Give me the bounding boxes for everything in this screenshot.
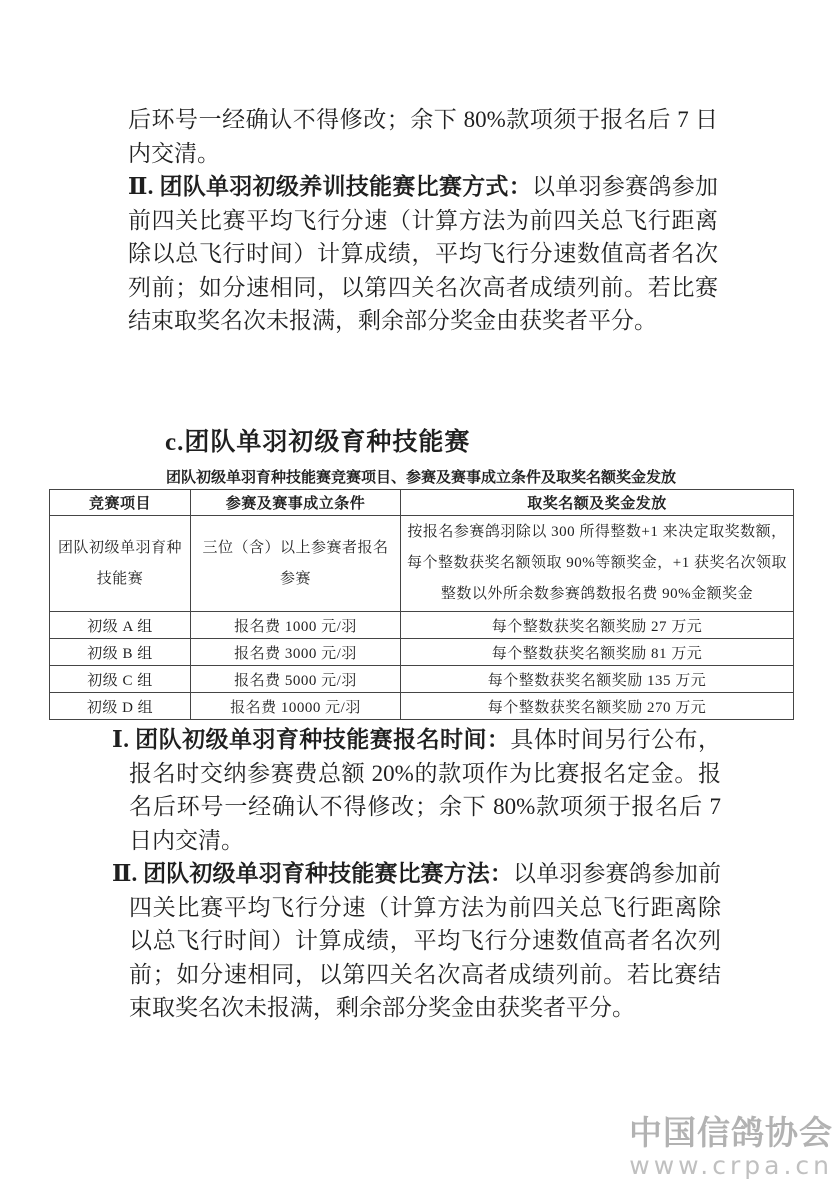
table-caption: 团队初级单羽育种技能赛竞赛项目、参赛及赛事成立条件及取奖名额奖金发放: [49, 466, 793, 487]
watermark: 中国信鸽协会 www.crpa.cn: [629, 1116, 833, 1178]
after-table-paragraphs: Ⅰ. 团队初级单羽育种技能赛报名时间：具体时间另行公布，报名时交纳参赛费总额 2…: [129, 723, 721, 1025]
table-row-group-d: 初级 D 组 报名费 10000 元/羽 每个整数获奖名额奖励 270 万元: [50, 693, 794, 720]
cell-group-fee: 报名费 10000 元/羽: [191, 693, 401, 720]
table-header-row: 竞赛项目 参赛及赛事成立条件 取奖名额及奖金发放: [50, 490, 794, 516]
cell-competition-name: 团队初级单羽育种技能赛: [50, 516, 191, 612]
cell-group-prize: 每个整数获奖名额奖励 270 万元: [401, 693, 794, 720]
paragraph-breeding-race-method-lead: Ⅱ. 团队初级单羽育种技能赛比赛方法：: [112, 861, 513, 886]
rules-table: 竞赛项目 参赛及赛事成立条件 取奖名额及奖金发放 团队初级单羽育种技能赛 三位（…: [49, 489, 794, 720]
section-heading-c: c.团队单羽初级育种技能赛: [165, 422, 470, 458]
cell-group-fee: 报名费 5000 元/羽: [191, 666, 401, 693]
cell-prize-rule: 按报名参赛鸽羽除以 300 所得整数+1 来决定取奖数额，每个整数获奖名额领取 …: [401, 516, 794, 612]
header-prize-distribution: 取奖名额及奖金发放: [401, 490, 794, 516]
rules-table-container: 竞赛项目 参赛及赛事成立条件 取奖名额及奖金发放 团队初级单羽育种技能赛 三位（…: [49, 489, 794, 720]
watermark-url: www.crpa.cn: [629, 1153, 833, 1178]
table-row-group-c: 初级 C 组 报名费 5000 元/羽 每个整数获奖名额奖励 135 万元: [50, 666, 794, 693]
cell-group-name: 初级 C 组: [50, 666, 191, 693]
cell-group-name: 初级 D 组: [50, 693, 191, 720]
header-entry-conditions: 参赛及赛事成立条件: [191, 490, 401, 516]
paragraph-training-race-method: Ⅱ. 团队单羽初级养训技能赛比赛方式：以单羽参赛鸽参加前四关比赛平均飞行分速（计…: [128, 170, 718, 338]
paragraph-breeding-race-method: Ⅱ. 团队初级单羽育种技能赛比赛方法：以单羽参赛鸽参加前四关比赛平均飞行分速（计…: [129, 857, 721, 1025]
table-row-group-a: 初级 A 组 报名费 1000 元/羽 每个整数获奖名额奖励 27 万元: [50, 612, 794, 639]
cell-group-name: 初级 B 组: [50, 639, 191, 666]
paragraph-registration-time: Ⅰ. 团队初级单羽育种技能赛报名时间：具体时间另行公布，报名时交纳参赛费总额 2…: [129, 723, 721, 857]
table-row-main: 团队初级单羽育种技能赛 三位（含）以上参赛者报名参赛 按报名参赛鸽羽除以 300…: [50, 516, 794, 612]
table-row-group-b: 初级 B 组 报名费 3000 元/羽 每个整数获奖名额奖励 81 万元: [50, 639, 794, 666]
paragraph-training-race-method-lead: Ⅱ. 团队单羽初级养训技能赛比赛方式：: [128, 174, 532, 199]
document-page: 后环号一经确认不得修改；余下 80%款项须于报名后 7 日内交清。 Ⅱ. 团队单…: [0, 0, 840, 1187]
paragraph-deposit-continuation: 后环号一经确认不得修改；余下 80%款项须于报名后 7 日内交清。: [128, 103, 718, 170]
cell-group-fee: 报名费 1000 元/羽: [191, 612, 401, 639]
cell-group-fee: 报名费 3000 元/羽: [191, 639, 401, 666]
cell-group-prize: 每个整数获奖名额奖励 135 万元: [401, 666, 794, 693]
intro-paragraphs: 后环号一经确认不得修改；余下 80%款项须于报名后 7 日内交清。 Ⅱ. 团队单…: [128, 103, 718, 338]
watermark-org-name: 中国信鸽协会: [629, 1116, 833, 1149]
cell-group-name: 初级 A 组: [50, 612, 191, 639]
cell-group-prize: 每个整数获奖名额奖励 81 万元: [401, 639, 794, 666]
paragraph-registration-time-lead: Ⅰ. 团队初级单羽育种技能赛报名时间：: [112, 727, 510, 752]
cell-entry-condition: 三位（含）以上参赛者报名参赛: [191, 516, 401, 612]
header-competition-item: 竞赛项目: [50, 490, 191, 516]
cell-group-prize: 每个整数获奖名额奖励 27 万元: [401, 612, 794, 639]
